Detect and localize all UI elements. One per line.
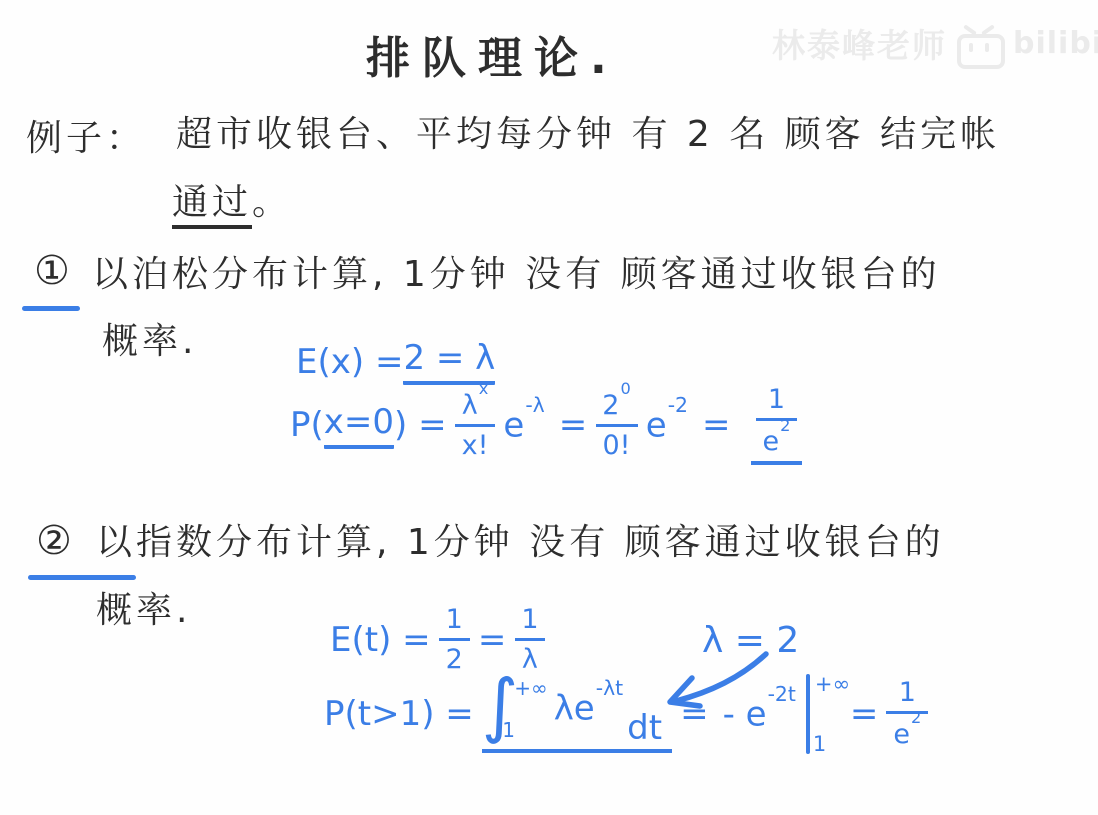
item2-line2: 概率. bbox=[96, 582, 191, 633]
evaluation-bar: +∞ 1 bbox=[804, 674, 846, 754]
et-lhs: E(t) = bbox=[330, 620, 431, 660]
item2-line1: 以指数分布计算, 1分钟 没有 顾客通过收银台的 bbox=[96, 514, 945, 565]
integral-upper-limit: +∞ bbox=[514, 676, 547, 700]
formula-poisson: P( x=0 ) = λx x! e-λ = 20 0! e-2 = 1 e2 bbox=[290, 386, 808, 465]
example-line2: 通过。 bbox=[172, 174, 292, 225]
px-eq2: = bbox=[702, 405, 731, 445]
integral-sign: ∫ bbox=[482, 676, 518, 736]
antiderivative: - e-2t bbox=[723, 694, 796, 734]
formula-expectation-x: E(x) = 2 = λ bbox=[296, 338, 495, 385]
fraction-one-half: 1 2 bbox=[439, 606, 470, 675]
watermark: 林泰峰老师 bilibili bbox=[772, 20, 1098, 67]
formula-expectation-t: E(t) = 1 2 = 1 λ bbox=[330, 606, 554, 675]
item1-bullet: ① bbox=[34, 248, 70, 294]
ex-rhs: 2 = λ bbox=[403, 338, 495, 385]
differential: dt bbox=[627, 708, 662, 748]
exp-term-2: e-2 bbox=[646, 405, 688, 445]
et-eq: = bbox=[478, 620, 507, 660]
watermark-author: 林泰峰老师 bbox=[772, 20, 947, 67]
item2-bullet-underline bbox=[28, 575, 136, 580]
page-title: 排队理论. bbox=[366, 22, 619, 86]
px-lhs-open: P( bbox=[290, 405, 324, 445]
result-one-over-e-squared-2: 1 e2 bbox=[886, 679, 928, 750]
eval-lower-limit: 1 bbox=[813, 732, 826, 756]
px-lhs-close: ) = bbox=[394, 405, 447, 445]
formula-exponential: P(t>1) = ∫ +∞ 1 λe-λt dt = - e-2t +∞ 1 =… bbox=[324, 674, 936, 754]
example-label: 例子： bbox=[26, 110, 146, 161]
item1-bullet-underline bbox=[22, 306, 80, 311]
example-line2-tail: 。 bbox=[252, 182, 292, 223]
result-one-over-e-squared: 1 e2 bbox=[751, 386, 803, 465]
pt-eq1: = bbox=[680, 694, 709, 734]
whiteboard-page: 排队理论. 林泰峰老师 bilibili 例子： 超市收银台、平均每分钟 有 2… bbox=[0, 0, 1098, 815]
eval-upper-limit: +∞ bbox=[815, 672, 850, 696]
item2-bullet: ② bbox=[36, 518, 72, 564]
example-line2-underlined: 通过 bbox=[172, 182, 252, 229]
px-lhs-condition: x=0 bbox=[324, 402, 394, 449]
fraction-lambda-x-over-x-factorial: λx x! bbox=[455, 390, 496, 461]
bilibili-tv-icon bbox=[957, 26, 1003, 62]
integral-group: ∫ +∞ 1 λe-λt dt bbox=[482, 676, 672, 753]
fraction-one-over-lambda: 1 λ bbox=[514, 606, 545, 675]
item1-line1: 以泊松分布计算, 1分钟 没有 顾客通过收银台的 bbox=[92, 246, 941, 297]
px-eq1: = bbox=[559, 405, 588, 445]
watermark-brand: bilibili bbox=[1013, 26, 1098, 61]
pt-lhs: P(t>1) = bbox=[324, 694, 474, 734]
integrand: λe-λt bbox=[554, 688, 623, 728]
fraction-2-0-over-0-factorial: 20 0! bbox=[595, 390, 638, 461]
item1-line2: 概率. bbox=[102, 313, 197, 364]
ex-lhs: E(x) = bbox=[296, 342, 403, 382]
exp-term-1: e-λ bbox=[503, 405, 544, 445]
example-line1: 超市收银台、平均每分钟 有 2 名 顾客 结完帐 bbox=[176, 106, 1000, 157]
pt-eq2: = bbox=[850, 694, 879, 734]
